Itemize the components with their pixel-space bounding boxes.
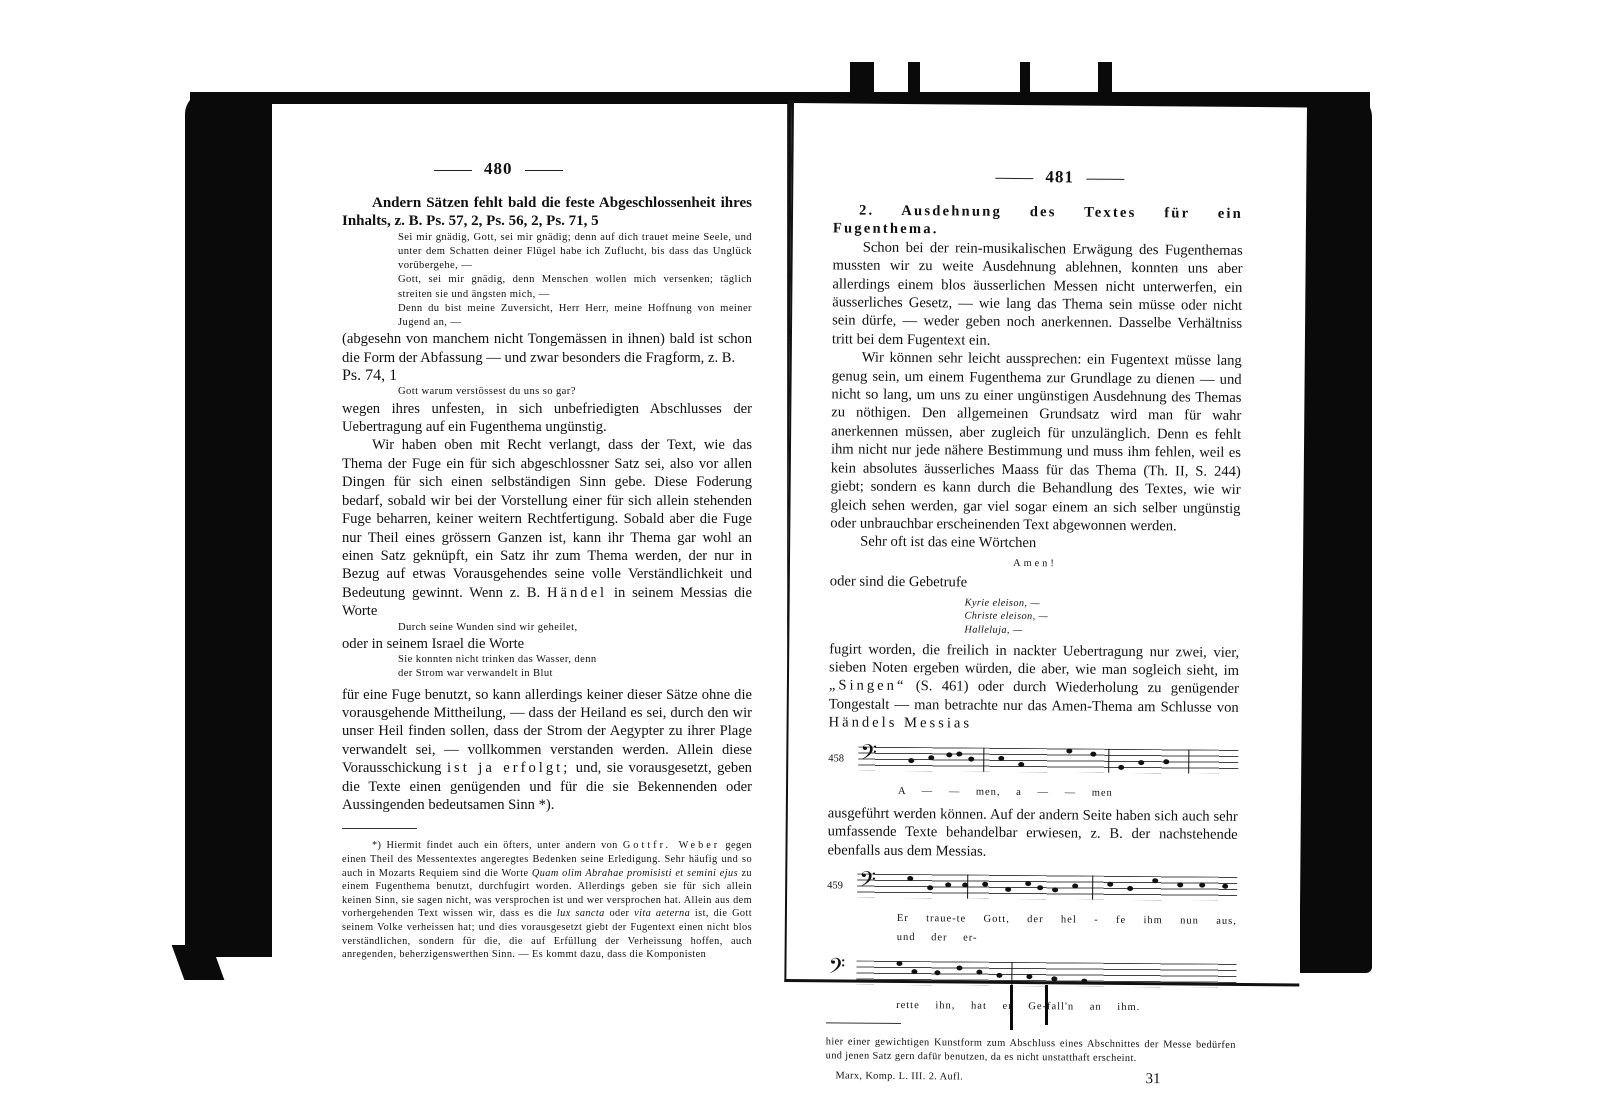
- text: Wir haben oben mit Recht verlangt, dass …: [342, 437, 752, 600]
- book-cover-right: [1300, 93, 1372, 973]
- quote: Sie konnten nicht trinken das Wasser, de…: [342, 653, 752, 667]
- book-tab: [1020, 62, 1030, 100]
- quote: der Strom war verwandelt in Blut: [342, 667, 752, 681]
- book-tab: [908, 62, 920, 102]
- signature-line: Marx, Komp. L. III. 2. Aufl.: [835, 1069, 963, 1084]
- music-example-459-cont: 𝄢: [826, 954, 1236, 998]
- section-heading: 2. Ausdehnung des Textes für ein Fugenth…: [833, 201, 1243, 241]
- lyrics: rette ihn, hat er Ge-fall'n an ihm.: [826, 996, 1236, 1018]
- prayer: Halleluja, —: [964, 623, 1239, 639]
- paragraph: wegen ihres unfesten, in sich unbefriedi…: [342, 400, 752, 437]
- footnote: *) Hiermit findet auch ein öfters, unter…: [342, 839, 752, 961]
- paragraph: Wir haben oben mit Recht verlangt, dass …: [342, 436, 752, 620]
- page-number: 481: [983, 167, 1136, 188]
- sheet-number: 31: [1145, 1070, 1160, 1089]
- emphasis: „Singen“: [829, 678, 907, 695]
- lyrics: A — — men, a — — men: [828, 782, 1238, 804]
- page-footer: Marx, Komp. L. III. 2. Aufl. 31: [825, 1067, 1235, 1091]
- bass-clef-icon: 𝄢: [828, 954, 845, 984]
- reference: Ps. 74, 1: [342, 367, 752, 385]
- quote: Sei mir gnädig, Gott, sei mir gnädig; de…: [342, 231, 752, 274]
- text: *) Hiermit findet auch ein öfters, unter…: [372, 840, 618, 851]
- composer-name: Händel: [547, 585, 607, 601]
- footnote-rule: [342, 828, 417, 829]
- paragraph: Wir können sehr leicht aussprechen: ein …: [830, 349, 1242, 537]
- paragraph: oder in seinem Israel die Worte: [342, 635, 752, 653]
- book-cover-left: [185, 92, 280, 957]
- latin-text: Quam olim Abrahae promisisti et semini e…: [532, 868, 738, 879]
- left-page: 480 Andern Sätzen fehlt bald die feste A…: [272, 104, 788, 978]
- paragraph: Schon bei der rein-musikalischen Erwägun…: [832, 238, 1243, 352]
- prayer-list: Kyrie eleison, — Christe eleison, — Hall…: [829, 595, 1239, 639]
- lyrics: Er traue-te Gott, der hel - fe ihm nun a…: [827, 909, 1237, 949]
- left-body-text: Andern Sätzen fehlt bald die feste Abges…: [342, 194, 752, 962]
- example-number: 458: [828, 750, 844, 769]
- composer-work: Händels Messias: [829, 714, 973, 731]
- amen: Amen!: [830, 555, 1240, 572]
- latin-text: lux sancta: [557, 908, 605, 919]
- text: oder: [609, 908, 629, 919]
- bass-clef-icon: 𝄢: [859, 868, 876, 898]
- paragraph: ausgeführt werden können. Auf der andern…: [827, 804, 1237, 863]
- footnote: hier einer gewichtigen Kunstform zum Abs…: [826, 1036, 1236, 1067]
- music-example-459: 459 𝄢: [827, 867, 1237, 911]
- bass-clef-icon: 𝄢: [860, 740, 877, 770]
- text: fugirt worden, die freilich in nackter U…: [829, 641, 1239, 679]
- paragraph: (abgesehn von manchem nicht Tongemässen …: [342, 330, 752, 367]
- quote: Gott, sei mir gnädig, denn Menschen woll…: [342, 273, 752, 301]
- latin-text: vita aeterna: [634, 908, 690, 919]
- page-number-text: 480: [484, 159, 513, 178]
- right-body-text: 2. Ausdehnung des Textes für ein Fugenth…: [825, 201, 1243, 1090]
- quote: Durch seine Wunden sind wir geheilet,: [342, 621, 752, 635]
- staff-lines: [858, 746, 1238, 773]
- quote: Gott warum verstössest du uns so gar?: [342, 385, 752, 399]
- author-name: Gottfr. Weber: [623, 840, 720, 851]
- music-example-458: 458 𝄢: [828, 740, 1238, 784]
- book-tab: [850, 62, 874, 102]
- paragraph: für eine Fuge benutzt, so kann allerding…: [342, 686, 752, 815]
- paragraph: Sehr oft ist das eine Wörtchen: [830, 533, 1240, 555]
- quote: Denn du bist meine Zuversicht, Herr Herr…: [342, 302, 752, 330]
- book-tab: [1098, 62, 1112, 96]
- paragraph: oder sind die Gebetrufe: [830, 573, 1240, 595]
- right-page: 481 2. Ausdehnung des Textes für ein Fug…: [784, 103, 1307, 986]
- page-number-text: 481: [1045, 167, 1074, 186]
- emphasis: ist ja erfolgt;: [447, 760, 570, 776]
- example-number: 459: [827, 877, 843, 896]
- paragraph: Andern Sätzen fehlt bald die feste Abges…: [342, 194, 752, 231]
- footnote-rule: [826, 1023, 901, 1025]
- page-number: 480: [422, 159, 575, 179]
- staff-lines: [856, 961, 1236, 988]
- paragraph: fugirt worden, die freilich in nackter U…: [829, 640, 1240, 736]
